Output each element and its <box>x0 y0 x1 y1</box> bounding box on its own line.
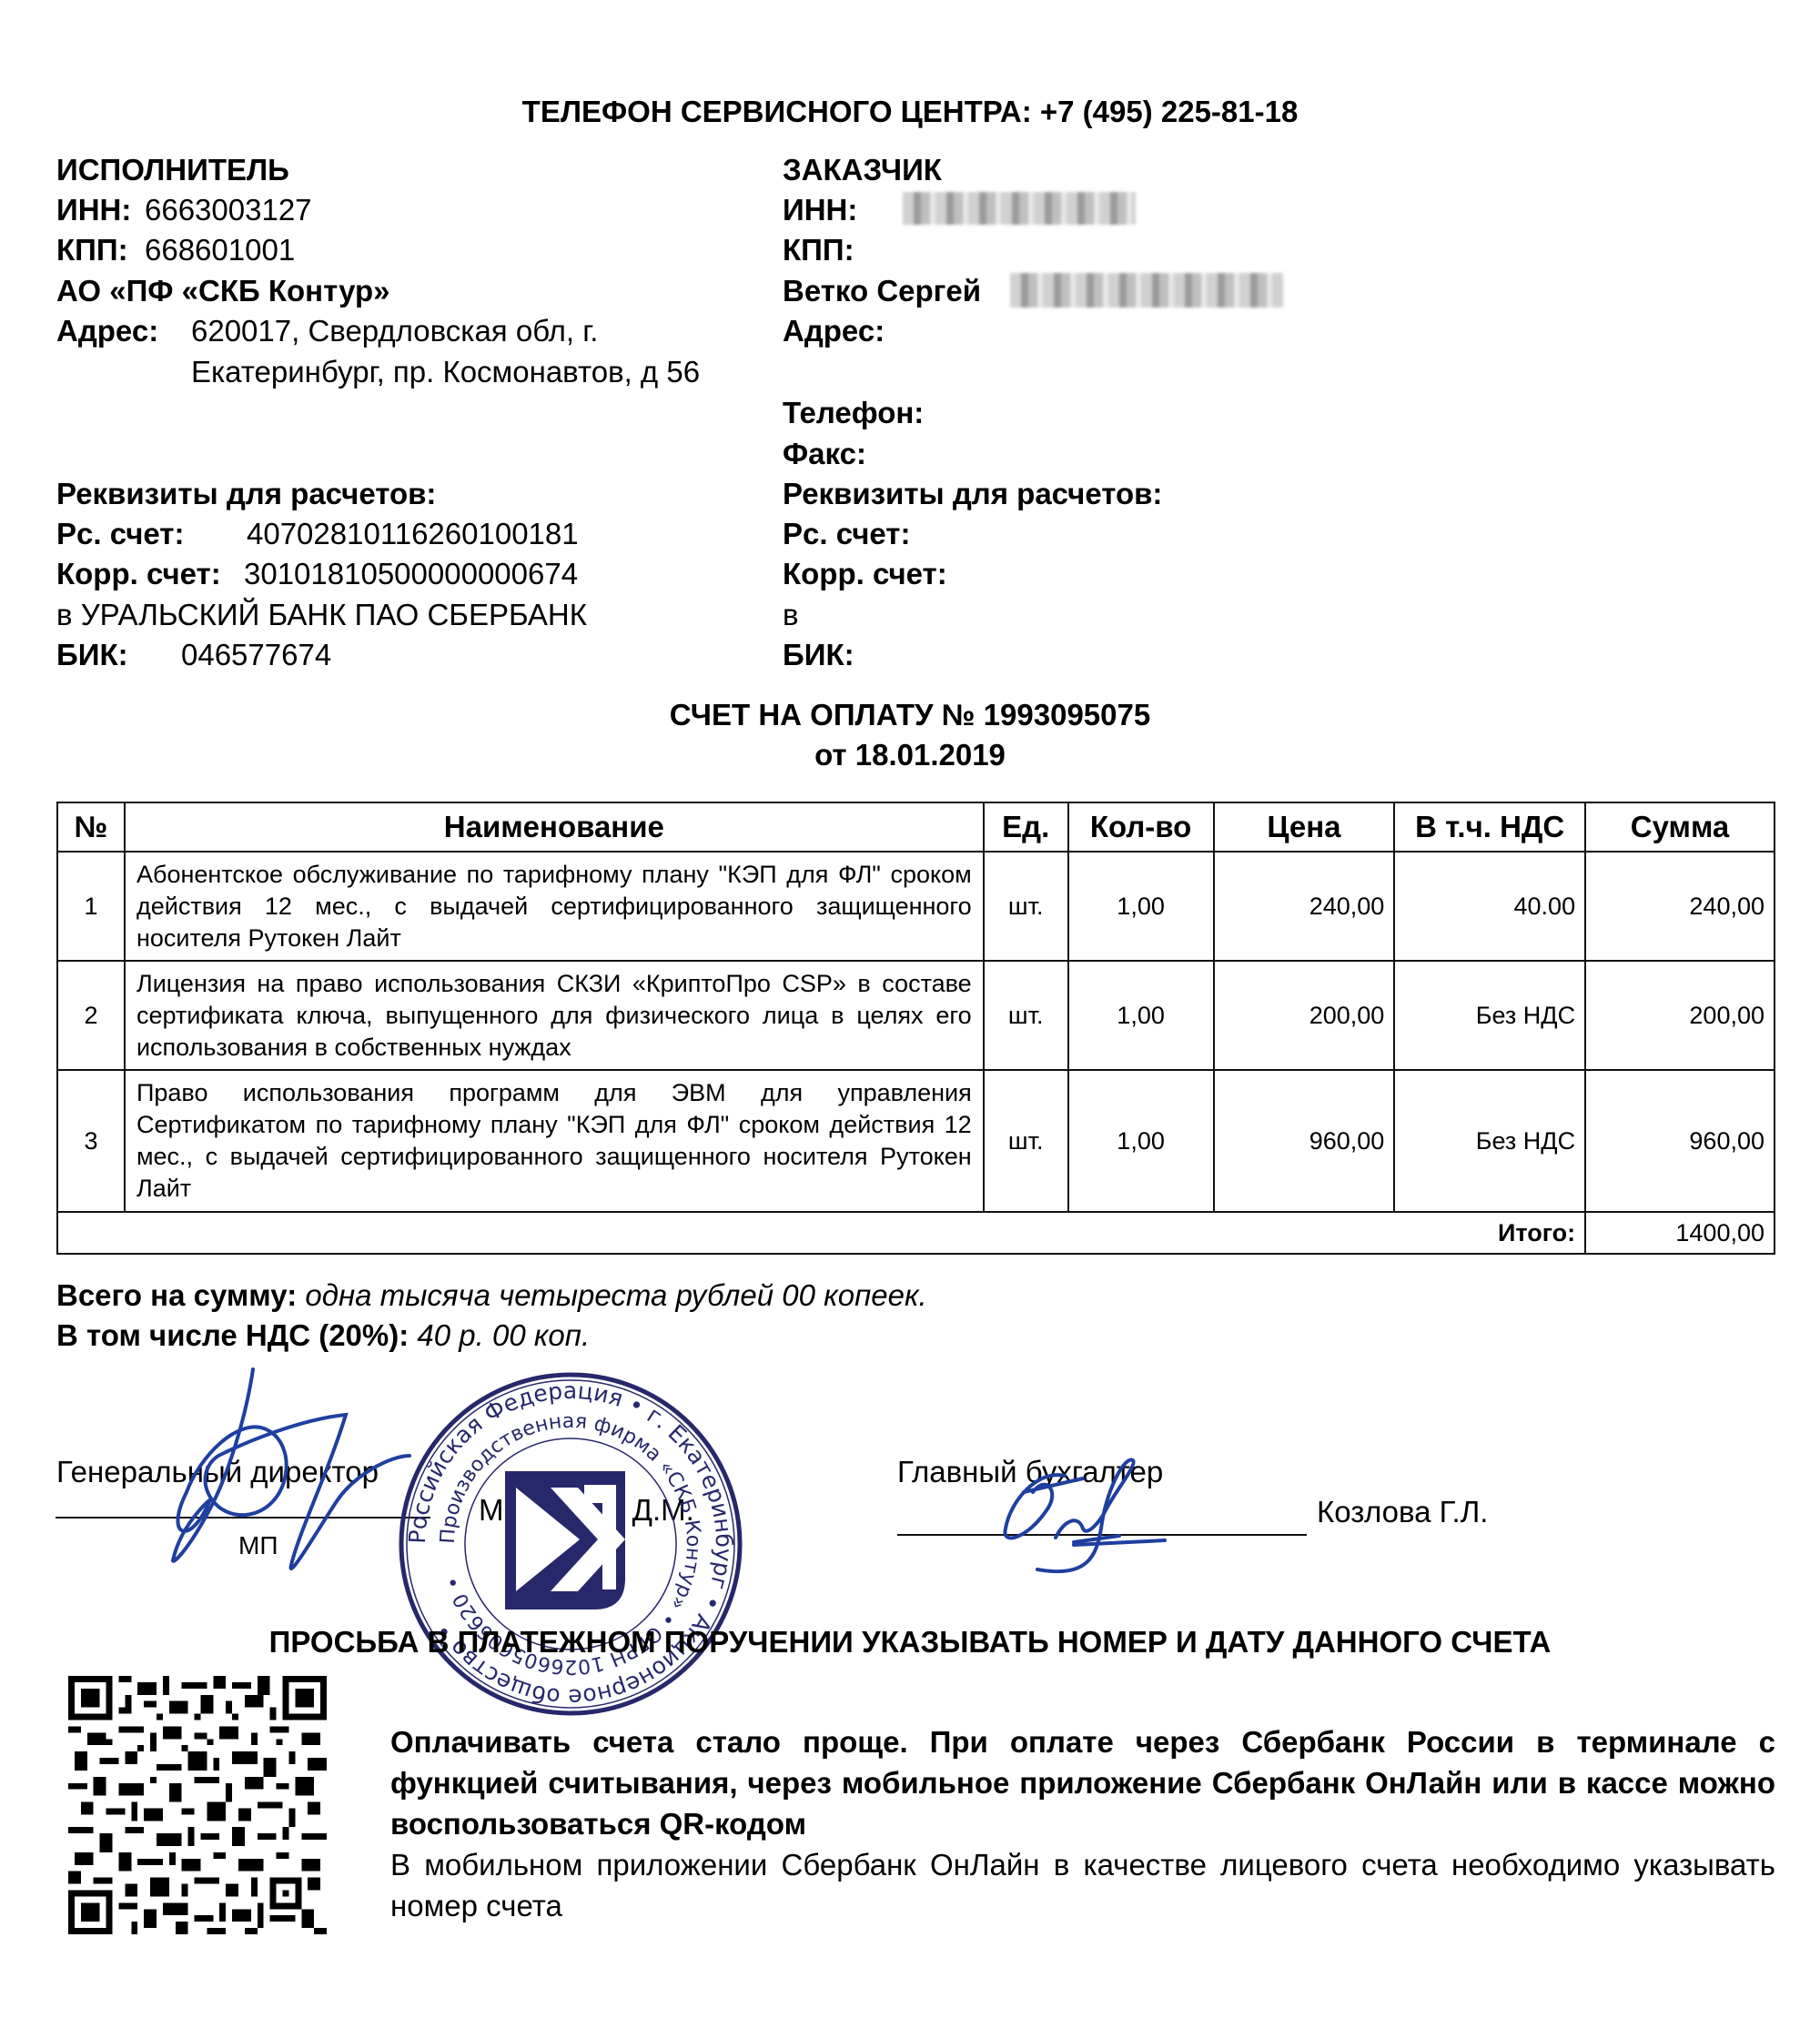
payment-notice: ПРОСЬБА В ПЛАТЕЖНОМ ПОРУЧЕНИИ УКАЗЫВАТЬ … <box>0 1627 1820 1657</box>
payment-info-bold: Оплачивать счета стало проще. При оплате… <box>390 1721 1775 1844</box>
qr-code-icon[interactable] <box>68 1676 327 1934</box>
kontur-logo-icon <box>505 1471 625 1609</box>
company-stamp-icon: Российская Федерация • г. Екатеринбург •… <box>398 1371 743 1717</box>
payment-info-regular: В мобильном приложении Сбербанк ОнЛайн в… <box>390 1844 1775 1926</box>
